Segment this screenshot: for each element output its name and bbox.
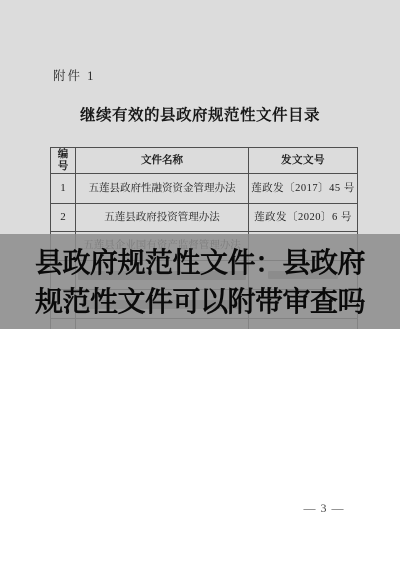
header-cell-name: 文件名称 [76, 148, 249, 173]
header-cell-doc-number: 发文文号 [249, 148, 357, 173]
table-row: 1 五莲县政府性融资资金管理办法 莲政发〔2017〕45 号 [51, 174, 357, 204]
table-header-row: 编号 文件名称 发文文号 [51, 148, 357, 174]
header-cell-number: 编号 [51, 148, 76, 173]
cell-name: 五莲县政府性融资资金管理办法 [76, 174, 249, 203]
cell-number: 2 [51, 204, 76, 231]
cell-number: 1 [51, 174, 76, 203]
table-row: 2 五莲县政府投资管理办法 莲政发〔2020〕6 号 [51, 204, 357, 232]
page-number: — 3 — [300, 501, 348, 516]
cell-doc-number: 莲政发〔2017〕45 号 [249, 174, 357, 203]
cell-doc-number: 莲政发〔2020〕6 号 [249, 204, 357, 231]
document-title: 继续有效的县政府规范性文件目录 [0, 103, 400, 125]
attachment-label: 附件 1 [53, 66, 95, 84]
caption-line-2: 规范性文件可以附带审查吗 [0, 282, 400, 321]
cell-name: 五莲县政府投资管理办法 [76, 204, 249, 231]
caption-overlay-band: 县政府规范性文件：县政府 规范性文件可以附带审查吗 [0, 234, 400, 329]
caption-line-1: 县政府规范性文件：县政府 [0, 243, 400, 282]
